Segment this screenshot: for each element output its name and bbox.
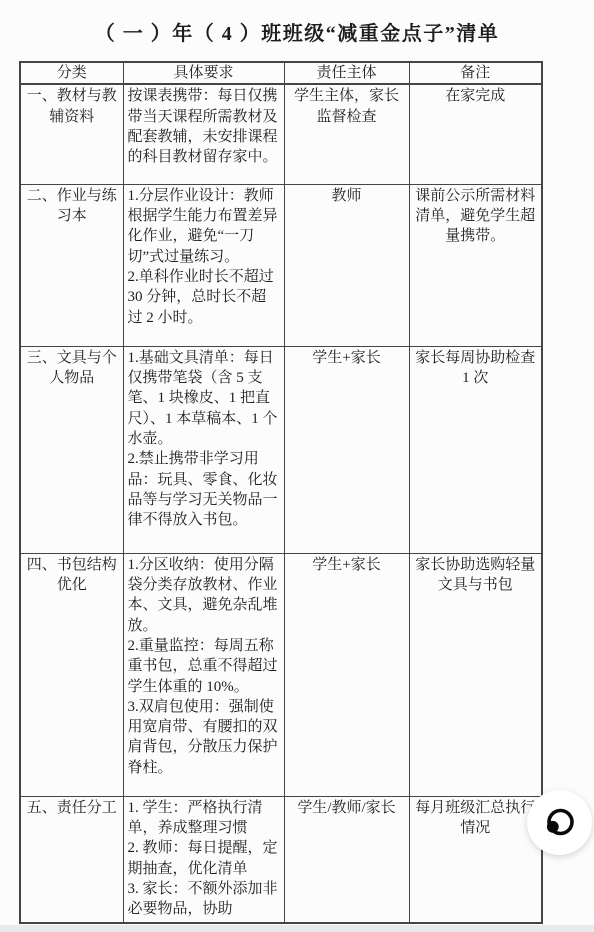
- column-header-responsible: 责任主体: [284, 62, 409, 84]
- responsible-cell: 学生+家长: [284, 553, 409, 796]
- table-row: 一、教材与教辅资料 按课表携带：每日仅携带当天课程所需教材及配套教辅，未安排课程…: [20, 84, 542, 184]
- dark-mode-icon: [542, 805, 578, 841]
- header-row: 分类 具体要求 责任主体 备注: [20, 62, 542, 84]
- requirements-cell: 1.分层作业设计：教师根据学生能力布置差异化作业，避免“一刀切”式过量练习。 2…: [123, 184, 284, 346]
- category-cell: 五、责任分工: [20, 796, 123, 923]
- notes-cell: 课前公示所需材料清单，避免学生超量携带。: [409, 184, 542, 346]
- page-title: （ 一 ）年（ 4 ）班班级“减重金点子”清单: [0, 17, 594, 46]
- responsible-cell: 学生主体，家长监督检查: [284, 84, 409, 184]
- column-header-notes: 备注: [409, 62, 542, 84]
- category-cell: 四、书包结构优化: [20, 553, 123, 796]
- dark-mode-floating-button[interactable]: [527, 790, 592, 855]
- notes-cell: 在家完成: [409, 84, 542, 184]
- notes-cell: 家长每周协助检查 1 次: [409, 346, 542, 553]
- category-cell: 三、文具与个人物品: [20, 346, 123, 553]
- requirements-cell: 1.分区收纳：使用分隔袋分类存放教材、作业本、文具，避免杂乱堆放。 2.重量监控…: [123, 553, 284, 796]
- notes-cell: 每月班级汇总执行情况: [409, 796, 542, 923]
- requirements-cell: 1.基础文具清单：每日仅携带笔袋（含 5 支笔、1 块橡皮、1 把直尺）、1 本…: [123, 346, 284, 553]
- requirements-cell: 按课表携带：每日仅携带当天课程所需教材及配套教辅，未安排课程的科目教材留存家中。: [123, 84, 284, 184]
- requirements-cell: 1. 学生：严格执行清单，养成整理习惯 2. 教师：每日提醒，定期抽查，优化清单…: [123, 796, 284, 923]
- responsible-cell: 学生+家长: [284, 346, 409, 553]
- checklist-table: 分类 具体要求 责任主体 备注 一、教材与教辅资料 按课表携带：每日仅携带当天课…: [19, 61, 543, 924]
- table-row: 四、书包结构优化 1.分区收纳：使用分隔袋分类存放教材、作业本、文具，避免杂乱堆…: [20, 553, 542, 796]
- table-row: 二、作业与练习本 1.分层作业设计：教师根据学生能力布置差异化作业，避免“一刀切…: [20, 184, 542, 346]
- notes-cell: 家长协助选购轻量文具与书包: [409, 553, 542, 796]
- responsible-cell: 学生/教师/家长: [284, 796, 409, 923]
- table-row: 五、责任分工 1. 学生：严格执行清单，养成整理习惯 2. 教师：每日提醒，定期…: [20, 796, 542, 923]
- bottom-page-edge: [0, 925, 594, 932]
- column-header-requirements: 具体要求: [123, 62, 284, 84]
- column-header-category: 分类: [20, 62, 123, 84]
- table-row: 三、文具与个人物品 1.基础文具清单：每日仅携带笔袋（含 5 支笔、1 块橡皮、…: [20, 346, 542, 553]
- category-cell: 一、教材与教辅资料: [20, 84, 123, 184]
- category-cell: 二、作业与练习本: [20, 184, 123, 346]
- responsible-cell: 教师: [284, 184, 409, 346]
- document-page: （ 一 ）年（ 4 ）班班级“减重金点子”清单 分类 具体要求 责任主体 备注 …: [0, 0, 594, 932]
